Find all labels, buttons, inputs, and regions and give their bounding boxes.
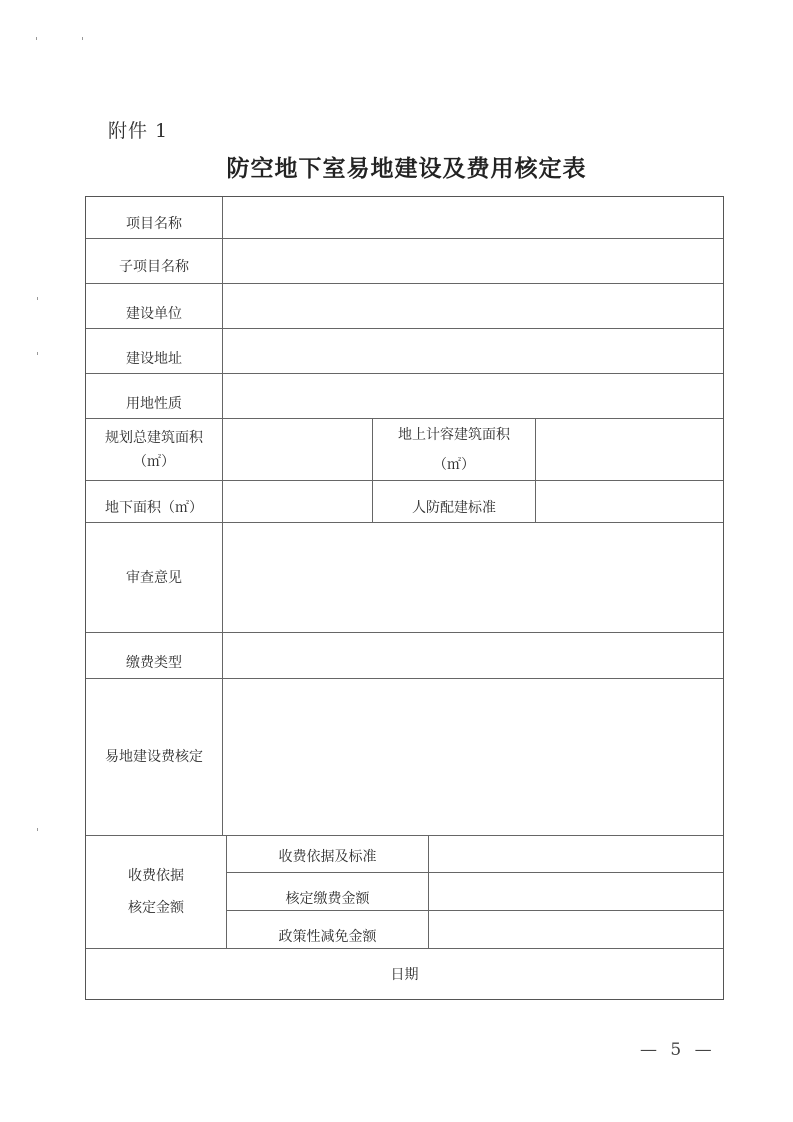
label-text: 人防配建标准: [412, 496, 496, 520]
row-land-use-nature: 用地性质: [86, 374, 723, 419]
label-relocation-fee-assessment: 易地建设费核定: [86, 679, 223, 835]
label-fee-standard: 收费依据及标准: [227, 836, 429, 872]
label-text: 易地建设费核定: [105, 745, 203, 769]
row-construction-unit: 建设单位: [86, 284, 723, 329]
label-review-opinion: 审查意见: [86, 523, 223, 632]
subrow-fee-standard: 收费依据及标准: [227, 836, 723, 873]
document-title: 防空地下室易地建设及费用核定表: [0, 150, 793, 183]
label-text: 缴费类型: [126, 651, 182, 675]
label-date: 日期: [391, 963, 419, 987]
row-fee-basis: 收费依据 核定金额 收费依据及标准 核定缴费金额: [86, 836, 723, 949]
label-text: 地下面积（㎡）: [105, 496, 203, 520]
field-construction-unit[interactable]: [223, 284, 723, 328]
row-underground-standard: 地下面积（㎡） 人防配建标准: [86, 481, 723, 523]
label-total-planned-area: 规划总建筑面积 （㎡）: [86, 419, 223, 480]
row-payment-type: 缴费类型: [86, 633, 723, 679]
label-sub-project-name: 子项目名称: [86, 239, 223, 283]
field-land-use-nature[interactable]: [223, 374, 723, 418]
label-payment-type: 缴费类型: [86, 633, 223, 678]
field-above-ground-far-area[interactable]: [536, 419, 723, 480]
scan-mark: [82, 37, 83, 40]
assessment-form-table: 项目名称 子项目名称 建设单位 建设地址 用地性质: [85, 196, 724, 1000]
subrow-policy-reduction: 政策性减免金额: [227, 911, 723, 949]
row-sub-project-name: 子项目名称: [86, 239, 723, 284]
field-project-name[interactable]: [223, 197, 723, 238]
label-land-use-nature: 用地性质: [86, 374, 223, 418]
field-construction-address[interactable]: [223, 329, 723, 373]
label-text: 建设单位: [126, 302, 182, 326]
label-text: 项目名称: [126, 212, 182, 236]
label-assessed-amount: 核定缴费金额: [227, 873, 429, 910]
scan-mark: [36, 37, 37, 40]
label-fee-basis: 收费依据 核定金额: [86, 836, 227, 948]
field-fee-standard[interactable]: [429, 836, 723, 872]
field-civil-defense-standard[interactable]: [536, 481, 723, 522]
attachment-label: 附件 1: [108, 116, 168, 143]
field-total-planned-area[interactable]: [223, 419, 373, 480]
scan-mark: [37, 828, 38, 831]
label-text: 子项目名称: [119, 255, 189, 279]
row-review-opinion: 审查意见: [86, 523, 723, 633]
row-date: 日期: [86, 949, 723, 1000]
label-project-name: 项目名称: [86, 197, 223, 238]
row-relocation-fee-assessment: 易地建设费核定: [86, 679, 723, 836]
label-underground-area: 地下面积（㎡）: [86, 481, 223, 522]
label-civil-defense-standard: 人防配建标准: [373, 481, 536, 522]
label-construction-unit: 建设单位: [86, 284, 223, 328]
field-assessed-amount[interactable]: [429, 873, 723, 910]
subrow-assessed-amount: 核定缴费金额: [227, 873, 723, 911]
label-text: 审查意见: [126, 566, 182, 590]
label-text: 用地性质: [126, 392, 182, 416]
field-relocation-fee-assessment[interactable]: [223, 679, 723, 835]
label-policy-reduction: 政策性减免金额: [227, 911, 429, 949]
field-underground-area[interactable]: [223, 481, 373, 522]
label-text: 建设地址: [126, 347, 182, 371]
scan-mark: [37, 352, 38, 355]
label-construction-address: 建设地址: [86, 329, 223, 373]
date-field[interactable]: 日期: [86, 949, 723, 1000]
page-number: — 5 —: [640, 1040, 716, 1060]
row-building-areas: 规划总建筑面积 （㎡） 地上计容建筑面积 （㎡）: [86, 419, 723, 481]
fee-basis-subtable: 收费依据及标准 核定缴费金额 政策性减免金额: [227, 836, 723, 948]
field-policy-reduction[interactable]: [429, 911, 723, 949]
label-above-ground-far-area: 地上计容建筑面积 （㎡）: [373, 419, 536, 480]
field-review-opinion[interactable]: [223, 523, 723, 632]
field-payment-type[interactable]: [223, 633, 723, 678]
row-project-name: 项目名称: [86, 197, 723, 239]
field-sub-project-name[interactable]: [223, 239, 723, 283]
scan-mark: [37, 297, 38, 300]
row-construction-address: 建设地址: [86, 329, 723, 374]
